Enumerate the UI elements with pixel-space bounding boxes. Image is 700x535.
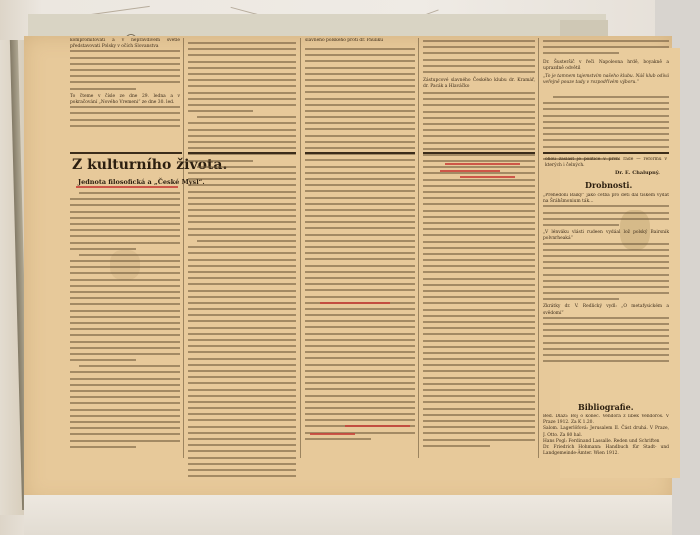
red-pencil-underline [345,425,410,427]
text-fragment: Zástupcové slavného Českého klubu dr. Kr… [423,78,535,90]
text-fragment: „Přehedoní Baiky“ jako četba pro děti da… [543,193,669,205]
backing-bottom [24,495,672,535]
section-rule [70,152,182,154]
section-heading: Drobnosti. [585,180,632,190]
red-pencil-underline [320,302,390,304]
column-rule [183,38,184,458]
bibliography-entry: Salom. Lagerlöfová: Jerusalem II. Část d… [543,426,669,438]
text-fragment: „V lénváku vlásti rudeen vydáal lož pols… [543,230,669,242]
article-title: Jednota filosofická a „České Mysl“. [78,178,205,186]
bibliography-entry: Dr. Friedrich Hohmann: Handbuch für Stad… [543,445,669,457]
section-rule [543,152,669,154]
section-rule [188,152,296,154]
bibliografie-column: Bed. Dlaží: Boj o konec. Vendora z libek… [543,414,669,484]
text-fragment: To čteme v čísle ze dne 29. ledna a v po… [70,94,180,106]
column-2 [188,38,296,478]
red-pencil-underline [440,170,500,172]
column-rule [300,38,301,458]
red-pencil-underline [445,163,520,165]
section-rule [305,152,415,154]
text-fragment: ohou zašlast je politice v první řadě — … [545,157,667,169]
column-rule [538,38,539,458]
quote-fragment: „To je tamnem tajemstvím našeho klubu. N… [543,74,669,86]
column-4: Zástupcové slavného Českého klubu dr. Kr… [423,38,535,478]
column-1-top: kompromitovati a v nepravdivém světle př… [70,38,180,150]
column-1-body [70,192,180,482]
text-fragment: kompromitovati a v nepravdivém světle př… [70,38,180,50]
text-fragment: Zkrátky dr. V. Redlický vydl: „O metafys… [543,304,669,316]
section-rule [423,152,535,154]
text-fragment: slavného polského proti dr. Pauliku [305,38,415,44]
drobnosti-column: „Přehedoní Baiky“ jako četba pro děti da… [543,193,669,373]
section-heading: Bibliografie. [578,402,634,412]
red-pencil-underline [460,176,515,178]
text-fragment: Dr. Šusteršič v řeči Napoleona hrdě, boy… [543,60,669,72]
red-pencil-underline [76,186,178,188]
red-pencil-underline [310,433,355,435]
column-rule [418,38,419,458]
column-5-tail: ohou zašlast je politice v první řadě — … [545,157,667,171]
column-3: slavného polského proti dr. Pauliku [305,38,415,478]
bibliography-entry: Bed. Dlaží: Boj o konec. Vendora z libek… [543,414,669,426]
author-signature: Dr. E. Chalupný. [615,170,660,176]
